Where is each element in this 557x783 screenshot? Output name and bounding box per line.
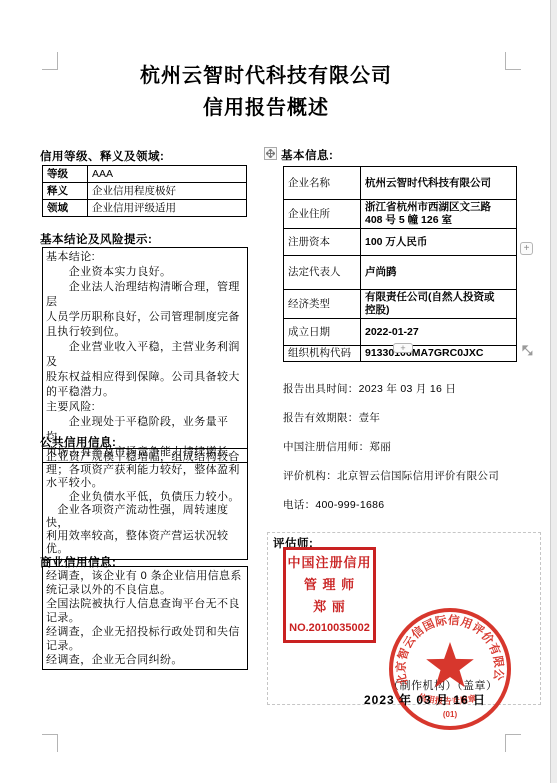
business-credit-text-box: 经调查，该企业有 0 条企业信用信息系统记录以外的不良信息。全国法院被执行人信息…: [42, 566, 248, 670]
meta-line: 中国注册信用师：郑丽: [283, 441, 543, 453]
basic-info-label: 企业住所: [284, 200, 361, 229]
text-line: 企业资本实力良好。: [46, 265, 245, 280]
assessor-credential-stamp: 中国注册信用 管 理 师 郑 丽 NO.2010035002: [283, 547, 376, 643]
basic-info-label: 注册资本: [284, 229, 361, 256]
report-title: 杭州云智时代科技有限公司 信用报告概述: [0, 60, 532, 124]
plus-icon: +: [524, 244, 530, 254]
company-seal-stamp: 北京智云信国际信用评价有限公司 信用报告专用章 (01): [384, 603, 516, 735]
text-line: 且执行较到位。: [46, 325, 245, 340]
rating-table-row: 等级 AAA: [43, 166, 247, 183]
basic-info-value: 卢尚鹍: [361, 256, 517, 290]
basic-info-value: 杭州云智时代科技有限公司: [361, 167, 517, 200]
insert-column-handle[interactable]: +: [520, 242, 533, 255]
text-line: 人员学历职称良好，公司管理制度完备: [46, 310, 245, 325]
text-line: 理；各项资产获利能力较好，整体盈利: [46, 464, 245, 477]
stamp-number: NO.2010035002: [289, 622, 370, 634]
rating-row-value: 企业信用评级适用: [88, 200, 247, 217]
rating-row-label: 领域: [43, 200, 88, 217]
text-line: 水平较小。: [46, 477, 245, 490]
text-line: 主要风险:: [46, 400, 245, 415]
rating-row-value: 企业信用程度极好: [88, 183, 247, 200]
rating-row-label: 释义: [43, 183, 88, 200]
basic-info-row: 注册资本 100 万人民币: [284, 229, 517, 256]
text-line: 企业资产规模平稳增幅，组成结构较合: [46, 451, 245, 464]
plus-icon: +: [400, 344, 405, 352]
basic-info-value: 2022-01-27: [361, 319, 517, 346]
table-resize-handle[interactable]: [521, 344, 534, 357]
basic-info-label: 法定代表人: [284, 256, 361, 290]
text-line: 记录。: [46, 639, 245, 653]
basic-info-label: 经济类型: [284, 290, 361, 319]
rating-row-label: 等级: [43, 166, 88, 183]
rating-section-heading: 信用等级、释义及领域:: [40, 148, 164, 164]
meta-line: 电话：400-999-1686: [283, 499, 543, 511]
rating-table-row: 领域 企业信用评级适用: [43, 200, 247, 217]
text-line: 企业法人治理结构清晰合理，管理层: [46, 280, 245, 310]
basic-info-row: 经济类型 有限责任公司(自然人投资或 控股): [284, 290, 517, 319]
text-line: 统记录以外的不良信息。: [46, 583, 245, 597]
meta-line: 评价机构：北京智云信国际信用评价有限公司: [283, 470, 543, 482]
meta-line: 报告有效期限：壹年: [283, 412, 543, 424]
text-line: 企业营业收入平稳，主营业务利润及: [46, 340, 245, 370]
text-line: 企业负债水平低，负债压力较小。: [46, 491, 245, 504]
text-line: 基本结论:: [46, 250, 245, 265]
table-move-handle[interactable]: [264, 147, 277, 160]
stamp-line: 中国注册信用: [287, 556, 371, 570]
conclusion-text-box: 基本结论: 企业资本实力良好。 企业法人治理结构清晰合理，管理层人员学历职称良好…: [42, 247, 248, 463]
public-credit-text-box: 企业资产规模平稳增幅，组成结构较合理；各项资产获利能力较好，整体盈利水平较小。 …: [42, 448, 248, 560]
page-right-edge: [550, 0, 557, 783]
seal-star-icon: [426, 642, 474, 687]
basic-info-label: 组织机构代码: [284, 346, 361, 362]
basic-info-row: 成立日期 2022-01-27: [284, 319, 517, 346]
basic-info-row: 法定代表人 卢尚鹍: [284, 256, 517, 290]
basic-info-table: 企业名称 杭州云智时代科技有限公司 企业住所 浙江省杭州市西湖区文三路 408 …: [283, 166, 517, 362]
text-line: 股东权益相应得到保障。公司具备较大: [46, 370, 245, 385]
text-line: 记录。: [46, 611, 245, 625]
text-line: 企业各项资产流动性强，周转速度快，: [46, 504, 245, 530]
text-line: 全国法院被执行人信息查询平台无不良: [46, 597, 245, 611]
text-line: 经调查，该企业有 0 条企业信用信息系: [46, 569, 245, 583]
seal-number: (01): [443, 710, 458, 719]
rating-table: 等级 AAA 释义 企业信用程度极好 领域 企业信用评级适用: [42, 165, 247, 217]
meta-line: 报告出具时间：2023 年 03 月 16 日: [283, 383, 543, 395]
signature-date: 2023 年 03 月 16 日: [364, 691, 486, 708]
basic-info-row: 企业名称 杭州云智时代科技有限公司: [284, 167, 517, 200]
report-title-subtitle: 信用报告概述: [0, 92, 532, 124]
text-line: 的平稳潜力。: [46, 385, 245, 400]
basic-info-heading: 基本信息:: [281, 147, 333, 163]
rating-row-value: AAA: [88, 166, 247, 183]
document-page: 杭州云智时代科技有限公司 信用报告概述 信用等级、释义及领域: 等级 AAA 释…: [0, 0, 557, 783]
text-line: 利用效率较高，整体资产营运状况较优。: [46, 530, 245, 556]
basic-info-value: 100 万人民币: [361, 229, 517, 256]
report-meta: 报告出具时间：2023 年 03 月 16 日报告有效期限：壹年中国注册信用师：…: [283, 383, 543, 528]
basic-info-value: 浙江省杭州市西湖区文三路 408 号 5 幢 126 室: [361, 200, 517, 229]
basic-info-row: 企业住所 浙江省杭州市西湖区文三路 408 号 5 幢 126 室: [284, 200, 517, 229]
margin-corner-mark-bottom-left: [42, 734, 58, 752]
report-title-company: 杭州云智时代科技有限公司: [0, 60, 532, 92]
stamp-line: 郑 丽: [313, 600, 346, 614]
insert-row-handle[interactable]: +: [393, 343, 413, 353]
move-arrows-icon: [266, 149, 275, 158]
text-line: 经调查，企业无合同纠纷。: [46, 653, 245, 667]
rating-table-row: 释义 企业信用程度极好: [43, 183, 247, 200]
basic-info-value: 有限责任公司(自然人投资或 控股): [361, 290, 517, 319]
diagonal-resize-icon: [521, 344, 534, 357]
conclusion-section-heading: 基本结论及风险提示:: [40, 231, 152, 247]
stamp-line: 管 理 师: [304, 578, 355, 592]
basic-info-label: 企业名称: [284, 167, 361, 200]
text-line: 经调查，企业无招投标行政处罚和失信: [46, 625, 245, 639]
basic-info-label: 成立日期: [284, 319, 361, 346]
margin-corner-mark-bottom-right: [505, 734, 521, 752]
basic-info-value: 91330106MA7GRC0JXC: [361, 346, 517, 362]
